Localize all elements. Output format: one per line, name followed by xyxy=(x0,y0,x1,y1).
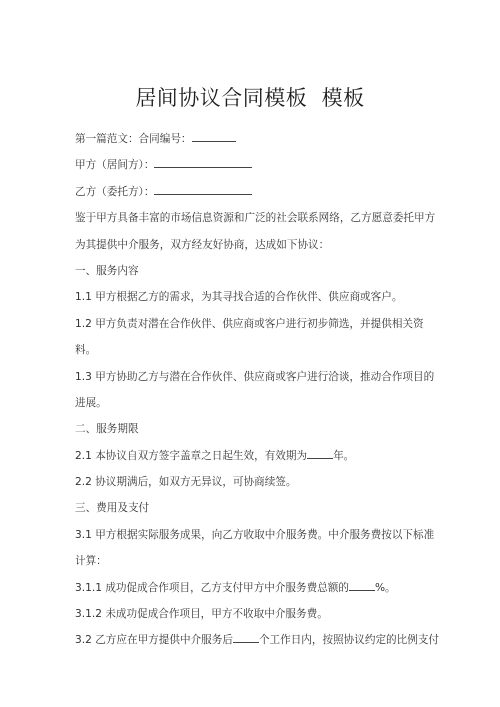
line-text: 1.1 甲方根据乙方的需求，为其寻找合适的合作伙伴、供应商或客户。 xyxy=(75,291,402,303)
fill-in-blank xyxy=(349,579,375,591)
clause-1-2-cont: 料。 xyxy=(75,337,435,363)
clause-1-2: 1.2 甲方负责对潜在合作伙伴、供应商或客户进行初步筛选，并提供相关资 xyxy=(75,311,435,337)
party-b-line: 乙方（委托方）： xyxy=(75,179,435,205)
document-title: 居间协议合同模板 模板 xyxy=(0,84,500,112)
clause-2-2: 2.2 协议期满后，如双方无异议，可协商续签。 xyxy=(75,469,435,495)
fill-in-blank xyxy=(233,631,259,643)
document-body: 第一篇范文：合同编号：甲方（居间方）：乙方（委托方）：鉴于甲方具备丰富的市场信息… xyxy=(75,126,435,654)
line-text: 一、服务内容 xyxy=(75,265,139,277)
line-text: 二、服务期限 xyxy=(75,423,139,435)
line-text: 乙方（委托方）： xyxy=(75,186,154,198)
clause-3-1: 3.1 甲方根据实际服务成果，向乙方收取中介服务费。中介服务费按以下标准 xyxy=(75,522,435,548)
line-text: 3.1.1 成功促成合作项目，乙方支付甲方中介服务费总额的 xyxy=(75,582,349,594)
line-text: 为其提供中介服务，双方经友好协商，达成如下协议： xyxy=(75,239,329,251)
preamble-line-2: 为其提供中介服务，双方经友好协商，达成如下协议： xyxy=(75,232,435,258)
section-2-heading: 二、服务期限 xyxy=(75,416,435,442)
line-text-suffix: 年。 xyxy=(333,450,354,462)
line-text: 料。 xyxy=(75,344,96,356)
section-3-heading: 三、费用及支付 xyxy=(75,495,435,521)
clause-3-1-2: 3.1.2 未成功促成合作项目，甲方不收取中介服务费。 xyxy=(75,601,435,627)
document-page: 居间协议合同模板 模板 第一篇范文：合同编号：甲方（居间方）：乙方（委托方）：鉴… xyxy=(0,0,500,707)
line-text: 3.1.2 未成功促成合作项目，甲方不收取中介服务费。 xyxy=(75,608,328,620)
line-text: 2.2 协议期满后，如双方无异议，可协商续签。 xyxy=(75,476,297,488)
clause-1-1: 1.1 甲方根据乙方的需求，为其寻找合适的合作伙伴、供应商或客户。 xyxy=(75,284,435,310)
line-text: 进展。 xyxy=(75,397,107,409)
clause-3-1-cont: 计算： xyxy=(75,548,435,574)
party-a-line: 甲方（居间方）： xyxy=(75,152,435,178)
line-text: 甲方（居间方）： xyxy=(75,159,154,171)
line-text: 第一篇范文：合同编号： xyxy=(75,133,192,145)
fill-in-blank xyxy=(154,156,252,168)
clause-2-1: 2.1 本协议自双方签字盖章之日起生效，有效期为年。 xyxy=(75,443,435,469)
line-text-suffix: 个工作日内，按照协议约定的比例支付 xyxy=(259,634,439,646)
line-text: 3.2 乙方应在甲方提供中介服务后 xyxy=(75,634,233,646)
line-text: 2.1 本协议自双方签字盖章之日起生效，有效期为 xyxy=(75,450,307,462)
clause-1-3-cont: 进展。 xyxy=(75,390,435,416)
line-text: 计算： xyxy=(75,555,107,567)
contract-number-line: 第一篇范文：合同编号： xyxy=(75,126,435,152)
line-text: 3.1 甲方根据实际服务成果，向乙方收取中介服务费。中介服务费按以下标准 xyxy=(75,529,434,541)
clause-1-3: 1.3 甲方协助乙方与潜在合作伙伴、供应商或客户进行洽谈，推动合作项目的 xyxy=(75,364,435,390)
line-text: 1.2 甲方负责对潜在合作伙伴、供应商或客户进行初步筛选，并提供相关资 xyxy=(75,318,424,330)
line-text-suffix: %。 xyxy=(375,582,396,594)
fill-in-blank xyxy=(154,183,252,195)
line-text: 三、费用及支付 xyxy=(75,502,149,514)
fill-in-blank xyxy=(192,130,236,142)
preamble-line-1: 鉴于甲方具备丰富的市场信息资源和广泛的社会联系网络，乙方愿意委托甲方 xyxy=(75,205,435,231)
line-text: 1.3 甲方协助乙方与潜在合作伙伴、供应商或客户进行洽谈，推动合作项目的 xyxy=(75,371,434,383)
fill-in-blank xyxy=(307,447,333,459)
line-text: 鉴于甲方具备丰富的市场信息资源和广泛的社会联系网络，乙方愿意委托甲方 xyxy=(75,212,435,224)
clause-3-1-1: 3.1.1 成功促成合作项目，乙方支付甲方中介服务费总额的%。 xyxy=(75,575,435,601)
clause-3-2: 3.2 乙方应在甲方提供中介服务后个工作日内，按照协议约定的比例支付 xyxy=(75,627,435,653)
section-1-heading: 一、服务内容 xyxy=(75,258,435,284)
